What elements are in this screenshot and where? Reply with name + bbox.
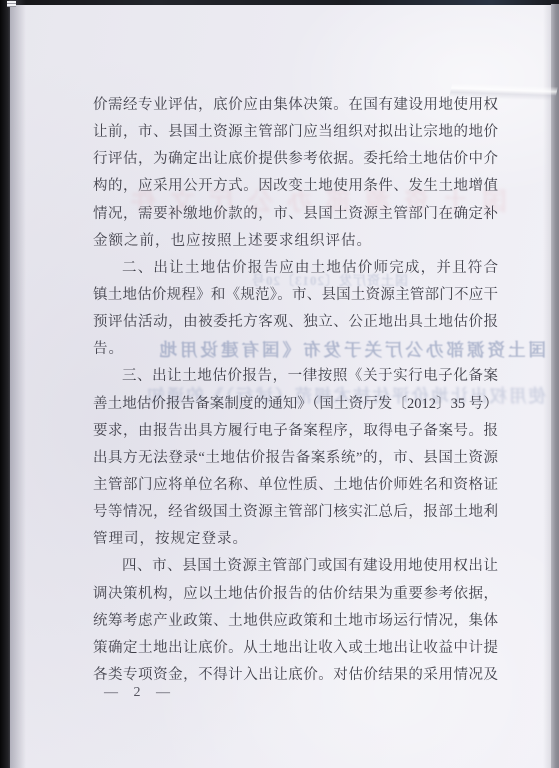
paper-left-shadow — [10, 0, 26, 768]
text-line: 构的，应采用公开方式。因改变土地使用条件、发生土地增值等 — [93, 173, 498, 200]
text-line: 出具方无法登录“土地估价报告备案系统”的，市、县国土资源 — [93, 445, 498, 472]
text-line: 调决策机构，应以土地估价报告的估价结果为重要参考依据，并 — [93, 581, 498, 608]
text-line: 号等情况，经省级国土资源主管部门核实汇总后，报部土地利用 — [93, 499, 498, 526]
text-line: 策确定土地出让底价。从土地出让收入或土地出让收益中计提的 — [93, 635, 498, 662]
scanner-right-edge — [551, 4, 559, 768]
scanned-document-page: 国土资源部办公厅文件 国土资厅发〔2013〕20号 国土资源部办公厅关于发布《国… — [0, 0, 559, 768]
text-line: 管理司，按规定登录。 — [93, 526, 498, 553]
text-line: 要求，由报告出具方履行电子备案程序，取得电子备案号。报告 — [93, 418, 498, 445]
text-line: 三、出让土地估价报告，一律按照《关于实行电子化备案完 — [93, 363, 498, 390]
text-line: 主管部门应将单位名称、单位性质、土地估价师姓名和资格证书 — [93, 472, 498, 499]
text-line: 善土地估价报告备案制度的通知》（国土资厅发〔2012〕35 号） — [93, 391, 498, 418]
text-line: 统筹考虑产业政策、土地供应政策和土地市场运行情况，集体决 — [93, 608, 498, 635]
text-line: 镇土地估价规程》和《规范》。市、县国土资源主管部门不应干 — [93, 282, 498, 309]
paper-right-edge-highlight — [543, 5, 551, 768]
document-text: 价需经专业评估，底价应由集体决策。在国有建设用地使用权出让前，市、县国土资源主管… — [93, 92, 498, 689]
text-line: 四、市、县国土资源主管部门或国有建设用地使用权出让协 — [93, 553, 498, 580]
text-line: 二、出让土地估价报告应由土地估价师完成，并且符合《城 — [93, 255, 498, 282]
scanner-corner-mark — [7, 1, 16, 7]
scanner-top-edge — [0, 0, 559, 5]
text-line: 让前，市、县国土资源主管部门应当组织对拟出让宗地的地价进 — [93, 119, 498, 146]
text-line: 告。 — [93, 336, 498, 363]
text-line: 预评估活动，由被委托方客观、独立、公正地出具土地估价报 — [93, 309, 498, 336]
scanner-left-edge — [0, 0, 10, 768]
text-line: 金额之前，也应按照上述要求组织评估。 — [93, 228, 498, 255]
text-line: 价需经专业评估，底价应由集体决策。在国有建设用地使用权出 — [93, 92, 498, 119]
page-number: — 2 — — [104, 685, 176, 701]
text-line: 情况，需要补缴地价款的，市、县国土资源主管部门在确定补缴 — [93, 201, 498, 228]
text-line: 行评估，为确定出让底价提供参考依据。委托给土地估价中介机 — [93, 146, 498, 173]
